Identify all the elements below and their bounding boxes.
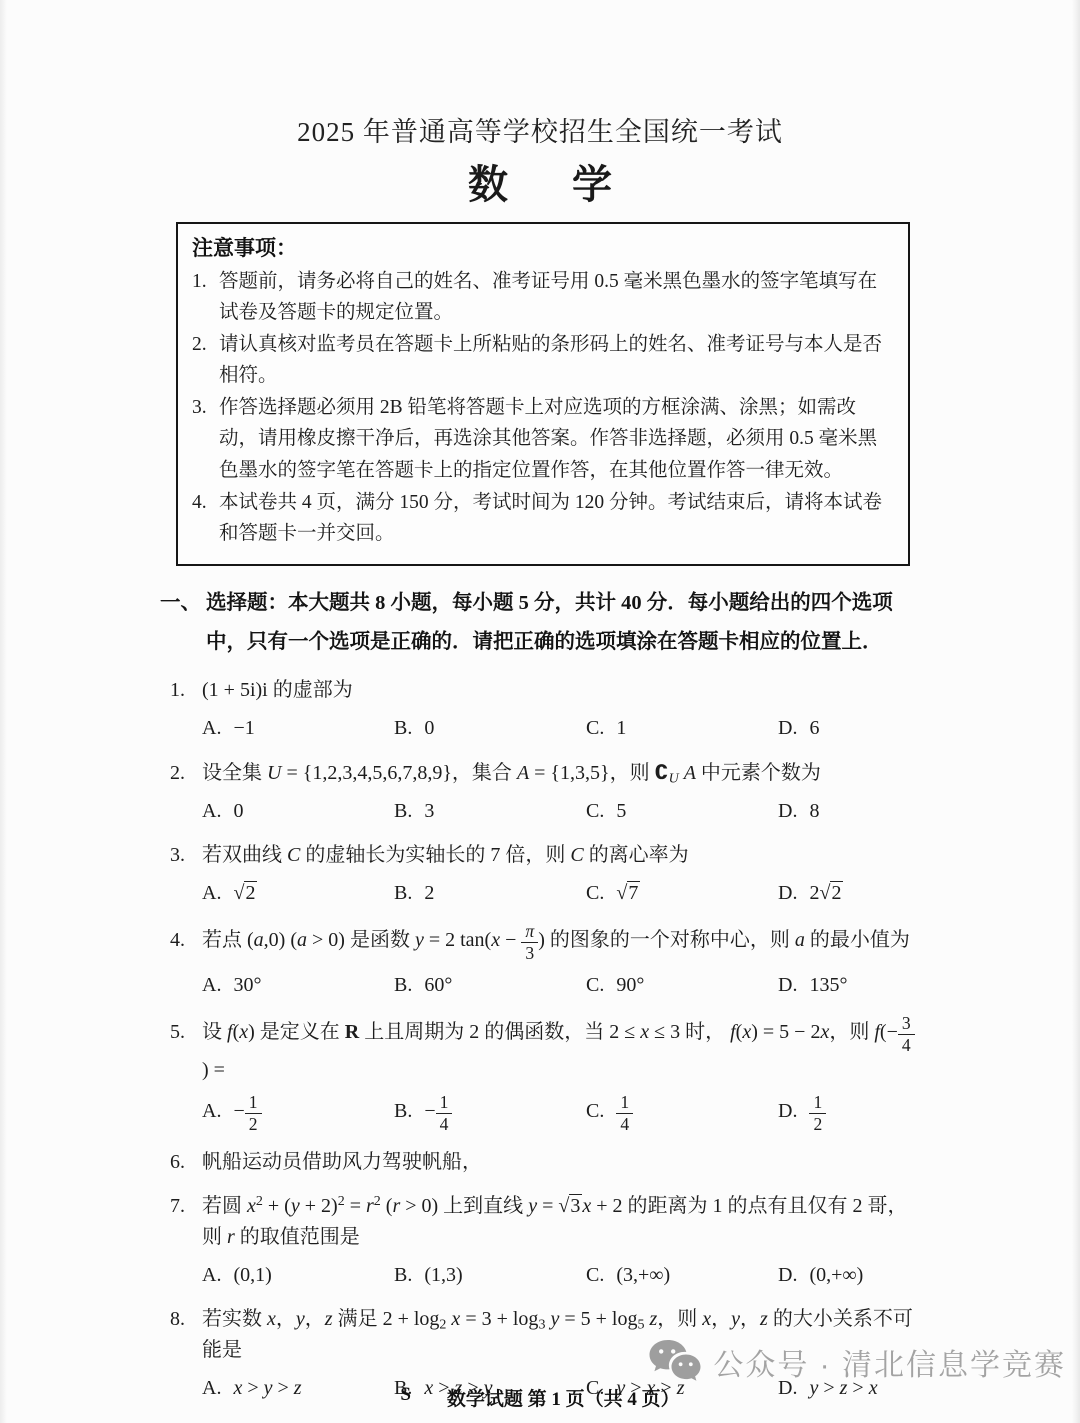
question-number: 2. (170, 758, 202, 789)
question-stem: 若点 (a,0) (a > 0) 是函数 y = 2 tan(x − π3) 的… (202, 929, 910, 951)
option-d: D.2√2 (778, 878, 843, 909)
options-row: A.30° B.60° C.90° D.135° (202, 970, 920, 1001)
options-row: A.√2 B.2 C.√7 D.2√2 (202, 878, 920, 909)
option-label: D. (778, 1100, 797, 1122)
notice-item-number: 4. (192, 487, 219, 519)
option-d: D.6 (778, 713, 819, 744)
question-7: 7.若圆 x2 + (y + 2)2 = r2 (r > 0) 上到直线 y =… (170, 1191, 920, 1291)
option-label: B. (394, 717, 412, 739)
option-label: A. (202, 974, 221, 996)
option-text: (1,3) (424, 1264, 462, 1286)
question-number: 4. (170, 925, 202, 956)
question-3: 3.若双曲线 C 的虚轴长为实轴长的 7 倍，则 C 的离心率为 A.√2 B.… (170, 840, 920, 909)
notice-item-text: 请认真核对监考员在答题卡上所粘贴的条形码上的姓名、准考证号与本人是否相符。 (219, 334, 882, 387)
option-text: 2 (424, 882, 434, 904)
option-a: A.30° (202, 970, 394, 1001)
notice-box: 注意事项： 1.答题前，请务必将自己的姓名、准考证号用 0.5 毫米黑色墨水的签… (176, 222, 910, 566)
option-label: A. (202, 882, 221, 904)
option-a: A.−1 (202, 713, 394, 744)
notice-item-number: 2. (192, 329, 219, 361)
question-6: 6.帆船运动员借助风力驾驶帆船， (170, 1147, 920, 1178)
option-text: √2 (233, 881, 257, 904)
question-stem: 若圆 x2 + (y + 2)2 = r2 (r > 0) 上到直线 y = √… (202, 1195, 908, 1248)
section-heading: 一、选择题：本大题共 8 小题，每小题 5 分，共计 40 分．每小题给出的四个… (160, 584, 920, 662)
option-c: C.90° (586, 970, 778, 1001)
question-stem: 若双曲线 C 的虚轴长为实轴长的 7 倍，则 C 的离心率为 (202, 844, 689, 866)
option-label: C. (586, 1100, 604, 1122)
option-c: C.5 (586, 796, 778, 827)
option-text: 8 (809, 800, 819, 822)
option-text: 0 (233, 800, 243, 822)
notice-item: 2.请认真核对监考员在答题卡上所粘贴的条形码上的姓名、准考证号与本人是否相符。 (192, 329, 892, 392)
option-text: −1 (233, 717, 254, 739)
option-d: D.12 (778, 1093, 826, 1134)
options-row: A.−1 B.0 C.1 D.6 (202, 713, 920, 744)
option-label: B. (394, 800, 412, 822)
option-label: B. (394, 1264, 412, 1286)
option-label: A. (202, 1100, 221, 1122)
option-text: 90° (616, 974, 644, 996)
option-label: D. (778, 1264, 797, 1286)
question-5: 5.设 f(x) 是定义在 R 上且周期为 2 的偶函数，当 2 ≤ x ≤ 3… (170, 1014, 920, 1134)
question-number: 1. (170, 675, 202, 706)
question-list: 1.(1 + 5i)i 的虚部为 A.−1 B.0 C.1 D.6 2.设全集 … (170, 675, 920, 1404)
option-a: A.(0,1) (202, 1260, 394, 1291)
option-label: A. (202, 800, 221, 822)
option-label: D. (778, 800, 797, 822)
option-text: 3 (424, 800, 434, 822)
question-stem: 设 f(x) 是定义在 R 上且周期为 2 的偶函数，当 2 ≤ x ≤ 3 时… (202, 1021, 915, 1081)
exam-subject: 数学 (160, 153, 920, 210)
option-b: B.0 (394, 713, 586, 744)
question-number: 8. (170, 1304, 202, 1335)
option-b: B.(1,3) (394, 1260, 586, 1291)
options-row: A.(0,1) B.(1,3) C.(3,+∞) D.(0,+∞) (202, 1260, 920, 1291)
option-text: 0 (424, 717, 434, 739)
notice-item: 3.作答选择题必须用 2B 铅笔将答题卡上对应选项的方框涂满、涂黑；如需改动，请… (192, 392, 892, 487)
wechat-icon (647, 1338, 703, 1386)
watermark-text: 公众号 · 清北信息学竞赛 (713, 1340, 1066, 1384)
page-content: 2025 年普通高等学校招生全国统一考试 数学 注意事项： 1.答题前，请务必将… (160, 110, 920, 1404)
question-stem: 设全集 U = {1,2,3,4,5,6,7,8,9}，集合 A = {1,3,… (202, 762, 821, 784)
question-stem: 帆船运动员借助风力驾驶帆船， (202, 1151, 482, 1173)
option-text: 1 (616, 717, 626, 739)
option-text: 135° (809, 974, 847, 996)
option-text: (3,+∞) (616, 1264, 670, 1286)
notice-item-text: 答题前，请务必将自己的姓名、准考证号用 0.5 毫米黑色墨水的签字笔填写在试卷及… (219, 271, 877, 324)
option-d: D.(0,+∞) (778, 1260, 863, 1291)
option-d: D.135° (778, 970, 847, 1001)
notice-item-text: 作答选择题必须用 2B 铅笔将答题卡上对应选项的方框涂满、涂黑；如需改动，请用橡… (219, 397, 877, 481)
option-b: B.3 (394, 796, 586, 827)
option-b: B.60° (394, 970, 586, 1001)
question-2: 2.设全集 U = {1,2,3,4,5,6,7,8,9}，集合 A = {1,… (170, 757, 920, 827)
option-label: B. (394, 1100, 412, 1122)
page-footer: S 数学试题 第 1 页（共 4 页） (0, 1384, 1080, 1411)
question-1: 1.(1 + 5i)i 的虚部为 A.−1 B.0 C.1 D.6 (170, 675, 920, 744)
option-text: √7 (616, 881, 640, 904)
option-label: A. (202, 717, 221, 739)
option-c: C.14 (586, 1093, 778, 1134)
option-c: C.(3,+∞) (586, 1260, 778, 1291)
option-label: C. (586, 800, 604, 822)
option-label: B. (394, 974, 412, 996)
option-c: C.1 (586, 713, 778, 744)
option-text: 60° (424, 974, 452, 996)
question-number: 7. (170, 1191, 202, 1222)
option-label: C. (586, 882, 604, 904)
question-number: 3. (170, 840, 202, 871)
option-b: B.2 (394, 878, 586, 909)
option-text: 2√2 (809, 881, 843, 904)
option-text: 12 (809, 1100, 826, 1122)
question-stem: (1 + 5i)i 的虚部为 (202, 679, 353, 701)
options-row: A.−12 B.−14 C.14 D.12 (202, 1093, 920, 1134)
section-heading-text: 选择题：本大题共 8 小题，每小题 5 分，共计 40 分．每小题给出的四个选项… (206, 592, 893, 653)
option-c: C.√7 (586, 878, 778, 909)
option-text: 30° (233, 974, 261, 996)
exam-paper-page: 2025 年普通高等学校招生全国统一考试 数学 注意事项： 1.答题前，请务必将… (0, 0, 1080, 1423)
option-label: D. (778, 717, 797, 739)
option-a: A.0 (202, 796, 394, 827)
question-number: 5. (170, 1017, 202, 1048)
option-label: D. (778, 974, 797, 996)
option-text: (0,1) (233, 1264, 271, 1286)
notice-item-text: 本试卷共 4 页，满分 150 分，考试时间为 120 分钟。考试结束后，请将本… (219, 492, 882, 545)
option-text: −12 (233, 1100, 261, 1122)
option-text: 14 (616, 1100, 633, 1122)
notice-item-number: 3. (192, 392, 219, 424)
footer-page-label: 数学试题 第 1 页（共 4 页） (447, 1384, 680, 1411)
options-row: A.0 B.3 C.5 D.8 (202, 796, 920, 827)
option-label: B. (394, 882, 412, 904)
option-label: A. (202, 1264, 221, 1286)
section-prefix: 一、 (160, 584, 206, 623)
option-text: 5 (616, 800, 626, 822)
option-text: (0,+∞) (809, 1264, 863, 1286)
option-a: A.−12 (202, 1093, 394, 1134)
option-label: C. (586, 974, 604, 996)
notice-heading: 注意事项： (192, 232, 892, 266)
notice-item-number: 1. (192, 266, 219, 298)
option-d: D.8 (778, 796, 819, 827)
option-b: B.−14 (394, 1093, 586, 1134)
option-text: 6 (809, 717, 819, 739)
notice-item: 4.本试卷共 4 页，满分 150 分，考试时间为 120 分钟。考试结束后，请… (192, 487, 892, 550)
question-number: 6. (170, 1147, 202, 1178)
question-4: 4.若点 (a,0) (a > 0) 是函数 y = 2 tan(x − π3)… (170, 922, 920, 1001)
option-a: A.√2 (202, 878, 394, 909)
option-label: C. (586, 1264, 604, 1286)
option-text: −14 (424, 1100, 452, 1122)
notice-item: 1.答题前，请务必将自己的姓名、准考证号用 0.5 毫米黑色墨水的签字笔填写在试… (192, 266, 892, 329)
option-label: D. (778, 882, 797, 904)
footer-code: S (400, 1384, 411, 1411)
option-label: C. (586, 717, 604, 739)
exam-title: 2025 年普通高等学校招生全国统一考试 (160, 110, 920, 149)
watermark: 公众号 · 清北信息学竞赛 (647, 1338, 1066, 1386)
